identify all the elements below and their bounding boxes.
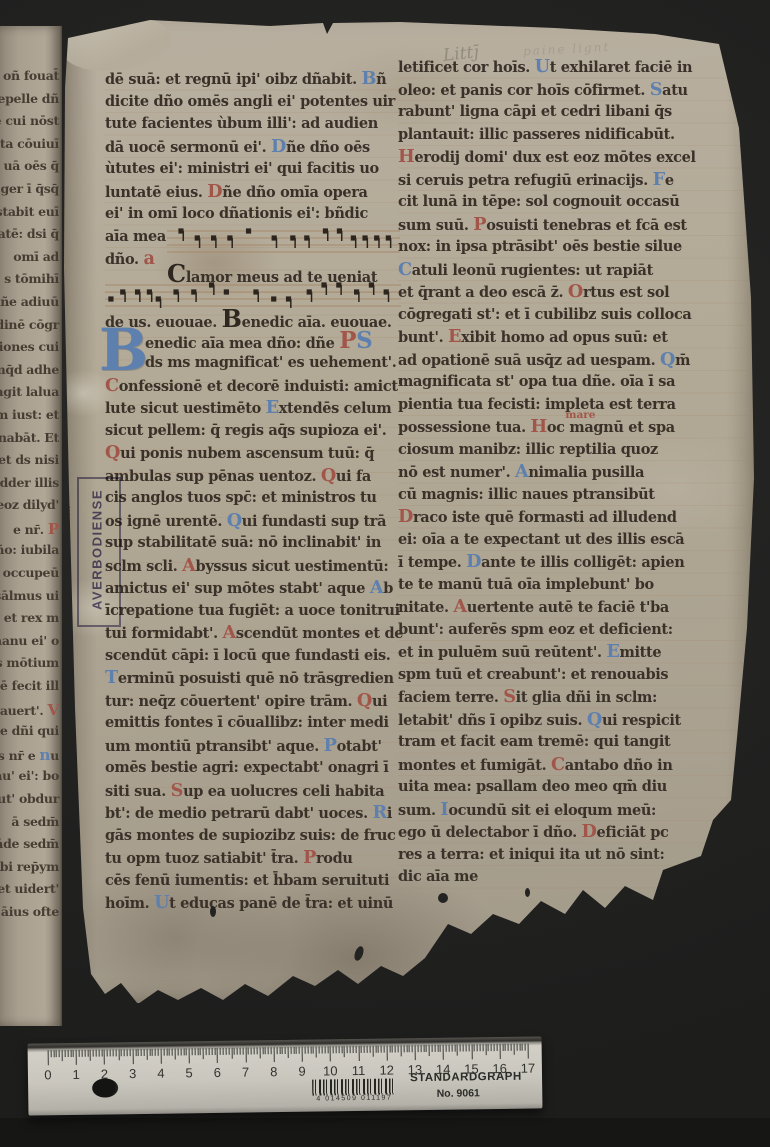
text-line: gās montes de supiozibz suis: de fruc (105, 825, 400, 848)
ruler-tick (231, 1048, 232, 1059)
colored-initial: Q (321, 465, 336, 486)
ruler-number: 8 (266, 1064, 282, 1079)
ruler-tick (358, 1046, 359, 1061)
strip-text-line: lam iust: et (0, 405, 62, 428)
text-line: cis anglos tuos spc̄: et ministros tu (105, 487, 400, 510)
colored-initial: E (448, 326, 461, 347)
text-line: Confessionē et decorē induisti: amict' (105, 375, 400, 398)
colored-initial: C (398, 259, 412, 280)
strip-text-line: i psālmus ui (0, 586, 62, 609)
ruler-number: 7 (237, 1064, 253, 1079)
text-line: magnificata st' opa tua dñe. oīa ī sa (398, 371, 748, 394)
text-line: Terminū posuisti quē nō trāsgredien (105, 667, 400, 690)
table-shadow-band (0, 1118, 770, 1147)
ruler-tick (468, 1044, 469, 1051)
ruler-tick (107, 1049, 108, 1056)
ruler-tick (454, 1045, 455, 1052)
text-line: tui formidabt'. Ascendūt montes et de (105, 622, 400, 645)
ruler-tick (257, 1047, 258, 1054)
colored-initial: P (324, 735, 337, 756)
ruler-tick (398, 1045, 399, 1052)
ruler-tick (310, 1047, 311, 1054)
text-line: lute sicut uestimēto Extendēs celum (105, 397, 400, 420)
ruler-tick (268, 1047, 269, 1054)
ruler-tick (378, 1046, 379, 1053)
ruler-number: 11 (350, 1063, 366, 1078)
colored-initial: Q (227, 510, 242, 531)
ruler-tick (84, 1050, 85, 1057)
strip-text-line: omī ad (0, 247, 62, 270)
lyric-initial: C (167, 259, 186, 288)
ruler-tick (446, 1045, 447, 1052)
text-line: nitate. Auertente autē te faciē t'ba (398, 596, 748, 619)
ruler-tick (127, 1049, 128, 1056)
ruler-tick (511, 1044, 512, 1051)
strip-text-line: ī manu ei' o (0, 631, 62, 654)
ruler-number: 10 (322, 1063, 338, 1078)
text-line: ei: oīa a te expectant ut des illis escā (398, 529, 748, 552)
colored-initial: I (440, 799, 448, 820)
ruler-tick (234, 1048, 235, 1055)
text-line: dā uocē sermonū ei'. Dñe dño oēs (105, 136, 400, 159)
strip-text-line: ttiones cui (0, 337, 62, 360)
text-line: nox: in ipsa ptrāsibt' oēs bestie silue (398, 236, 748, 259)
ruler: 01234567891011121314151617 4 014509 0111… (28, 1036, 543, 1115)
ruler-tick (124, 1049, 125, 1056)
ruler-tick (485, 1044, 486, 1055)
strip-text-line: nolut' obdur (0, 789, 62, 812)
ruler-tick (115, 1049, 116, 1056)
colored-initial: S (356, 327, 372, 354)
ruler-tick (528, 1044, 529, 1059)
text-line: omēs bestie agri: expectabt' onagri ī (105, 757, 400, 780)
ruler-tick (282, 1047, 283, 1054)
ruler-tick (87, 1050, 88, 1057)
ruler-tick (426, 1045, 427, 1052)
colored-initial: H (530, 416, 546, 437)
text-line: Qui ponis nubem ascensum tuū: q̄ (105, 442, 400, 465)
ruler-tick (502, 1044, 503, 1051)
ruler-tick (70, 1050, 71, 1057)
text-line: enedic aīa mea dño: dñe PS (105, 330, 400, 353)
colored-initial: A (223, 622, 236, 643)
ruler-tick (367, 1046, 368, 1053)
ruler-tick (369, 1046, 370, 1053)
text-line: rabunt' ligna cāpi et cedri libani q̄s (398, 101, 748, 124)
text-line: letabit' dñs ī opibz suis. Qui respicit (398, 709, 748, 732)
text-line: cū magnis: illic naues ptransibūt (398, 484, 748, 507)
ruler-tick (451, 1045, 452, 1052)
col1-after-music: Benedic aīa mea dño: dñe PSds ms magnifi… (105, 330, 400, 915)
text-line: tram et facit eam tremē: qui tangit (398, 731, 748, 754)
ruler-tick (406, 1045, 407, 1052)
ruler-tick (237, 1048, 238, 1055)
ruler-tick (434, 1045, 435, 1052)
ruler-tick (65, 1050, 66, 1057)
colored-initial: U (535, 56, 550, 77)
music-stave-1 (167, 226, 400, 256)
strip-text-line: agit lalua (0, 382, 62, 405)
ruler-hole (92, 1078, 118, 1097)
ruler-tick (192, 1048, 193, 1055)
ruler-tick (183, 1048, 184, 1055)
strip-text-line: oñ fouat̄ (0, 66, 62, 89)
strip-text-line: ō repelle dñ (0, 89, 62, 112)
strip-text-line: ta cōuiuī (0, 134, 62, 157)
text-line: Catuli leonū rugientes: ut rapiāt (398, 259, 748, 282)
ruler-tick (172, 1049, 173, 1056)
parchment-hole (353, 945, 366, 962)
ruler-tick (177, 1048, 178, 1055)
ruler-tick (313, 1047, 314, 1054)
ruler-tick (79, 1050, 80, 1057)
ruler-number: 12 (379, 1062, 395, 1077)
ruler-tick (288, 1047, 289, 1058)
ruler-tick (457, 1045, 458, 1056)
text-line: os ignē urentē. Qui fundasti sup trā (105, 510, 400, 533)
strip-text-line: stabit euī (0, 202, 62, 225)
text-line: et in puluēm suū reūtent'. Emitte (398, 641, 748, 664)
ruler-tick (240, 1048, 241, 1055)
ruler-tick (519, 1044, 520, 1051)
ruler-tick (355, 1046, 356, 1053)
strip-text-line: tē cui nōst (0, 111, 62, 134)
ruler-tick (62, 1050, 63, 1061)
ruler-ticks (28, 1036, 542, 1043)
strip-text-line: ds nr̄ e nu (0, 744, 62, 767)
ruler-tick (135, 1049, 136, 1056)
ruler-tick (494, 1044, 495, 1051)
chant-side-words: aīa meadño. a (105, 226, 167, 278)
ruler-tick (67, 1050, 68, 1057)
ruler-tick (220, 1048, 221, 1055)
text-line: sum. Iocundū sit ei eloqum meū: (398, 799, 748, 822)
text-line: ùtutes ei': ministri ei' qui facitis uo (105, 158, 400, 181)
ruler-tick (273, 1047, 274, 1062)
music-row: aīa meadño. a Clamor meus ad te ueniat (105, 226, 400, 278)
ruler-tick (81, 1050, 82, 1057)
manuscript-leaf: Littȷ̄ paine lignt dē suā: et regnū ipi'… (55, 8, 760, 1003)
ruler-tick (200, 1048, 201, 1055)
text-line: īcrepatione tua fugiēt: a uoce tonitrui (105, 600, 400, 623)
text-line: ī tempe. Dante te illis colligēt: apien (398, 551, 748, 574)
ruler-tick (175, 1049, 176, 1060)
colored-initial: D (466, 551, 481, 572)
ruler-tick (194, 1048, 195, 1055)
ruler-tick (290, 1047, 291, 1054)
music-lyric-1: Clamor meus ad te ueniat (167, 263, 400, 283)
ruler-tick (206, 1048, 207, 1055)
ruler-tick (271, 1047, 272, 1054)
ruler-tick (211, 1048, 212, 1055)
colored-initial: F (653, 169, 665, 190)
colored-initial: P (48, 520, 59, 538)
colored-initial: R (372, 802, 386, 823)
text-line: emittis fontes ī cōuallibz: inter medi (105, 712, 400, 735)
colored-initial: P (339, 327, 356, 354)
text-line: tu opm tuoz satiabit' t̄ra. Produ (105, 847, 400, 870)
strip-text-line: ā āius ofte (0, 902, 62, 925)
text-line: cōgregati st': et ī cubilibz suis colloc… (398, 304, 748, 327)
ruler-tick (245, 1048, 246, 1063)
ruler-tick (138, 1049, 139, 1056)
ruler-tick (361, 1046, 362, 1053)
ruler-tick (516, 1044, 517, 1051)
strip-text-line: ū: et ds nisi (0, 450, 62, 473)
colored-initial: P (473, 214, 486, 235)
ruler-tick (265, 1047, 266, 1054)
ruler-tick (132, 1049, 133, 1064)
ruler-tick (316, 1047, 317, 1058)
colored-initial: D (398, 506, 413, 527)
ruler-tick (488, 1044, 489, 1051)
ruler-tick (412, 1045, 413, 1052)
ruler-tick (350, 1046, 351, 1053)
library-stamp: ARCHIVIUM AVERBODIENSE (59, 474, 123, 628)
text-line: si ceruis petra refugiū erinacijs. Fe (398, 169, 748, 192)
music-stave-1-wrap: Clamor meus ad te ueniat (167, 226, 400, 278)
leaf-curled-corner (58, 8, 173, 75)
strip-text-line: ubi rep̄ym (0, 857, 62, 880)
ruler-tick (59, 1050, 60, 1057)
ruler-tick (321, 1046, 322, 1053)
text-line: sup stabilitatē suā: nō inclinabit' in (105, 532, 400, 555)
strip-text-line: s mau' ei': bo (0, 766, 62, 789)
colored-initial: S (171, 780, 183, 801)
ruler-number: 1 (68, 1067, 84, 1082)
text-line: te te manū tuā oīa implebunt' bo (398, 574, 748, 597)
ruler-tick (491, 1044, 492, 1051)
stamp-line-averbodiense: AVERBODIENSE (90, 475, 105, 625)
strip-text-line: timq̄d adhe (0, 360, 62, 383)
colored-initial: A (515, 461, 528, 482)
ruler-tick (432, 1045, 433, 1052)
ruler-tick (508, 1044, 509, 1051)
text-line: ego ū delectabor ī dño. Deficiāt pc (398, 821, 748, 844)
colored-initial: E (606, 641, 619, 662)
colored-initial: T (105, 667, 118, 688)
ruler-barcode (312, 1078, 394, 1095)
ruler-tick (259, 1047, 260, 1058)
colored-initial: A (182, 555, 195, 576)
previous-folio-edge: oñ fouat̄ō repelle dñtē cui nōstta cōuiu… (0, 26, 62, 1026)
strip-text-line: tatē: dsi q̄ (0, 224, 62, 247)
text-line: um montiū ptransibt' aque. Potabt' (105, 735, 400, 758)
ruler-tick (158, 1049, 159, 1056)
strip-text-line: eoz dilyd' (0, 495, 62, 518)
ruler-number: 6 (209, 1065, 225, 1080)
ruler-tick (463, 1045, 464, 1052)
strip-text-line: ante dñi qui (0, 721, 62, 744)
strip-text-line: ger ī q̄sq̄ (0, 179, 62, 202)
ruler-tick (248, 1047, 249, 1054)
ruler-tick (146, 1049, 147, 1060)
strip-text-line: dño: iubila (0, 540, 62, 563)
ruler-tick (381, 1046, 382, 1053)
ruler-number: 9 (294, 1064, 310, 1079)
ruler-tick (499, 1044, 500, 1059)
ruler-tick (480, 1044, 481, 1051)
strip-text-line: anabāt. Et (0, 428, 62, 451)
ruler-tick (293, 1047, 294, 1054)
ruler-tick (496, 1044, 497, 1051)
ruler-tick (465, 1044, 466, 1051)
ruler-tick (505, 1044, 506, 1051)
ruler-tick (225, 1048, 226, 1055)
text-line: faciem terre. Sit glia dñi in sclm: (398, 686, 748, 709)
colored-initial: B (222, 304, 242, 333)
text-line: dño. a (105, 248, 167, 271)
ruler-tick (389, 1046, 390, 1053)
strip-text-line: nēs mōtium (0, 653, 62, 676)
text-line: Herodij domi' dux est eoz mōtes excel (398, 146, 748, 169)
ruler-tick (104, 1050, 105, 1065)
ruler-tick (262, 1047, 263, 1054)
ruler-tick (141, 1049, 142, 1056)
ruler-number: 4 (153, 1066, 169, 1081)
ruler-tick (161, 1049, 162, 1064)
text-line: bunt': auferēs spm eoz et deficient: (398, 619, 748, 642)
text-column-2: letificet cor hoīs. Ut exhilaret faciē i… (398, 56, 748, 889)
ruler-tick (336, 1046, 337, 1053)
colored-initial: n (39, 746, 50, 764)
stamp-line-archivium: ARCHIVIUM (61, 474, 73, 624)
ruler-tick (48, 1050, 49, 1065)
text-line: cit lunā in tēpe: sol cognouit occasū (398, 191, 748, 214)
ruler-tick (121, 1049, 122, 1056)
ruler-tick (525, 1044, 526, 1051)
ruler-tick (50, 1050, 51, 1057)
strip-text-line: tāde sedm̄ (0, 834, 62, 857)
text-line: tur: neq̄z cōuertent' opire trām. Qui (105, 690, 400, 713)
ruler-numbers: 01234567891011121314151617 (28, 1036, 542, 1043)
ruler-tick (344, 1046, 345, 1057)
ruler-tick (474, 1044, 475, 1051)
colored-initial: C (551, 754, 565, 775)
barcode-digits: 4 014509 011197 (310, 1094, 398, 1102)
ruler-tick (254, 1047, 255, 1054)
col1-before-music: dē suā: et regnū ipi' oibz dñabit. Bñdic… (105, 68, 400, 226)
ruler-tick (98, 1050, 99, 1057)
ruler-tick (333, 1046, 334, 1053)
ruler-tick (56, 1050, 57, 1057)
colored-initial: E (266, 397, 279, 418)
text-line: plantauit: illic passeres nidificabūt. (398, 124, 748, 147)
ruler-tick (341, 1046, 342, 1053)
text-line: ambulas sup pēnas uentoz. Qui fa (105, 465, 400, 488)
strip-text-line: ā sedm̄ (0, 812, 62, 835)
text-line: aīa mea (105, 226, 167, 249)
ruler-tick (330, 1046, 331, 1061)
ruler-number: 5 (181, 1065, 197, 1080)
strip-lines: oñ fouat̄ō repelle dñtē cui nōstta cōuiu… (0, 66, 62, 925)
strip-text-line: a dñe adiuū (0, 292, 62, 315)
text-line: luntatē eius. Dñe dño omīa opera (105, 181, 400, 204)
ruler-tick (347, 1046, 348, 1053)
colored-initial: a (143, 248, 154, 269)
text-line: tute facientes ùbum illi': ad audien (105, 113, 400, 136)
ruler-tick (305, 1047, 306, 1054)
strip-text-line: ei' et uidert' (0, 879, 62, 902)
colored-initial: Q (660, 349, 675, 370)
ruler-tick (302, 1047, 303, 1062)
ruler-tick (307, 1047, 308, 1054)
ruler-tick (101, 1050, 102, 1057)
ruler-tick (169, 1049, 170, 1056)
ruler-tick (144, 1049, 145, 1056)
ruler-tick (73, 1050, 74, 1057)
ruler-tick (285, 1047, 286, 1054)
text-line: ds ms magnificat' es uehement'. (105, 352, 400, 375)
parchment-hole (438, 893, 448, 903)
text-line: dē suā: et regnū ipi' oibz dñabit. Bñ (105, 68, 400, 91)
colored-initial: C (105, 375, 119, 396)
strip-text-line: dñs et rex m (0, 608, 62, 631)
strip-text-line: n occupeū (0, 563, 62, 586)
text-line: oleo: et panis cor hoīs cōfirmet. Satu (398, 79, 748, 102)
text-line: scendūt cāpi: ī locū que fundasti eis. (105, 645, 400, 668)
colored-initial: D (207, 181, 222, 202)
ruler-tick (209, 1048, 210, 1055)
colored-initial: V (47, 701, 59, 719)
text-line: Draco iste quē formasti ad illudend (398, 506, 748, 529)
ruler-tick (353, 1046, 354, 1053)
text-column-1: dē suā: et regnū ipi' oibz dñabit. Bñdic… (105, 68, 400, 915)
text-line: spm tuū et creabunt': et renouabis (398, 664, 748, 687)
ruler-tick (440, 1045, 441, 1052)
ruler-tick (93, 1050, 94, 1057)
colored-initial: A (370, 577, 383, 598)
ruler-tick (386, 1046, 387, 1061)
ruler-tick (338, 1046, 339, 1053)
colored-initial: A (453, 596, 466, 617)
ruler-tick (163, 1049, 164, 1056)
text-line: bunt'. Exibit homo ad opus suū: et (398, 326, 748, 349)
text-line: ei' in omī loco dñationis ei': bñdic (105, 203, 400, 226)
ruler-tick (409, 1045, 410, 1052)
ruler-tick (96, 1050, 97, 1057)
ruler-tick (242, 1048, 243, 1055)
ruler-tick (118, 1049, 119, 1060)
ruler-tick (76, 1050, 77, 1065)
strip-text-line: uā oēs q̄ (0, 156, 62, 179)
colored-initial: D (271, 136, 286, 157)
ruler-tick (477, 1044, 478, 1051)
ruler-tick (417, 1045, 418, 1052)
text-line: possessione tua. Hoc maremagnū et spa (398, 416, 748, 439)
ruler-model: No. 9061 (410, 1087, 506, 1100)
ruler-tick (223, 1048, 224, 1055)
ruler-tick (113, 1049, 114, 1056)
ruler-tick (522, 1044, 523, 1051)
photo-scene: oñ fouat̄ō repelle dñtē cui nōstta cōuiu… (0, 0, 770, 1147)
text-line: et q̄rant a deo escā z̄. Ortus est sol (398, 281, 748, 304)
text-line: letificet cor hoīs. Ut exhilaret faciē i… (398, 56, 748, 79)
ruler-tick (228, 1048, 229, 1055)
text-line: amictus ei' sup mōtes stabt' aque Ab (105, 577, 400, 600)
text-line: sclm scli. Abyssus sicut uestimentū: (105, 555, 400, 578)
colored-initial: S (503, 686, 515, 707)
ruler-tick (189, 1048, 190, 1063)
text-line: bt': de medio petrarū dabt' uoces. Ri (105, 802, 400, 825)
text-line: nō est numer'. Animalia pusilla (398, 461, 748, 484)
text-line: sicut pellem: q̄ regis aq̄s supioza ei'. (105, 420, 400, 443)
ruler-number: 3 (125, 1066, 141, 1081)
ruler-tick (513, 1044, 514, 1055)
colored-initial: B (362, 68, 377, 89)
ruler-tick (186, 1048, 187, 1055)
text-line: montes et fumigāt. Cantabo dño in (398, 754, 748, 777)
